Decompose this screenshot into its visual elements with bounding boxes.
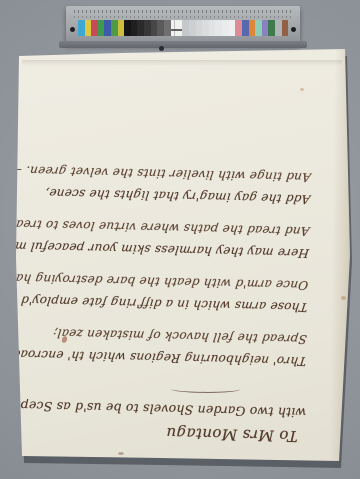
flourish-rule (171, 389, 241, 393)
label-patch (171, 20, 183, 36)
ink-blot (118, 452, 124, 455)
color-patch (124, 20, 131, 36)
color-patch (131, 20, 138, 36)
color-patch (268, 20, 275, 36)
color-patch (229, 20, 236, 36)
calibration-bar-flange (59, 41, 307, 48)
registration-dot (291, 27, 296, 32)
color-patch (202, 20, 209, 36)
poem-lines: Thro' neighbouring Regions which th' enc… (25, 160, 312, 372)
photo-background: To Mrs Montagu with two Garden Shovels t… (0, 0, 360, 479)
color-patch (222, 20, 229, 36)
color-patch (242, 20, 249, 36)
color-patch (275, 20, 282, 36)
color-patch (137, 20, 144, 36)
manuscript-title: To Mrs Montagu (23, 421, 297, 446)
color-patch (85, 20, 92, 36)
registration-dot (70, 27, 75, 32)
foxing-spot (341, 296, 346, 300)
color-patch (164, 20, 171, 36)
calibration-tick-strip (74, 16, 292, 18)
calibration-microtext (74, 10, 292, 13)
foxing-spot (300, 88, 304, 91)
color-patch (255, 20, 262, 36)
color-patch (282, 20, 289, 36)
color-patch (249, 20, 256, 36)
screw-dot (159, 46, 164, 51)
color-patch (215, 20, 222, 36)
color-calibration-bar (66, 6, 300, 44)
color-patch (78, 20, 85, 36)
color-patch (104, 20, 111, 36)
color-patch (151, 20, 158, 36)
manuscript-paper: To Mrs Montagu with two Garden Shovels t… (0, 0, 360, 479)
color-patch (98, 20, 105, 36)
color-patch (157, 20, 164, 36)
color-patch (262, 20, 269, 36)
patch-row (78, 20, 288, 36)
color-patch (182, 20, 189, 36)
color-patch (235, 20, 242, 36)
handwriting-block: To Mrs Montagu with two Garden Shovels t… (23, 49, 315, 460)
color-patch (91, 20, 98, 36)
color-patch (144, 20, 151, 36)
manuscript-subtitle: with two Garden Shovels to be us'd as Sc… (24, 399, 306, 421)
color-patch (118, 20, 125, 36)
color-patch (189, 20, 196, 36)
color-patch (111, 20, 118, 36)
color-patch (196, 20, 203, 36)
color-patch (209, 20, 216, 36)
